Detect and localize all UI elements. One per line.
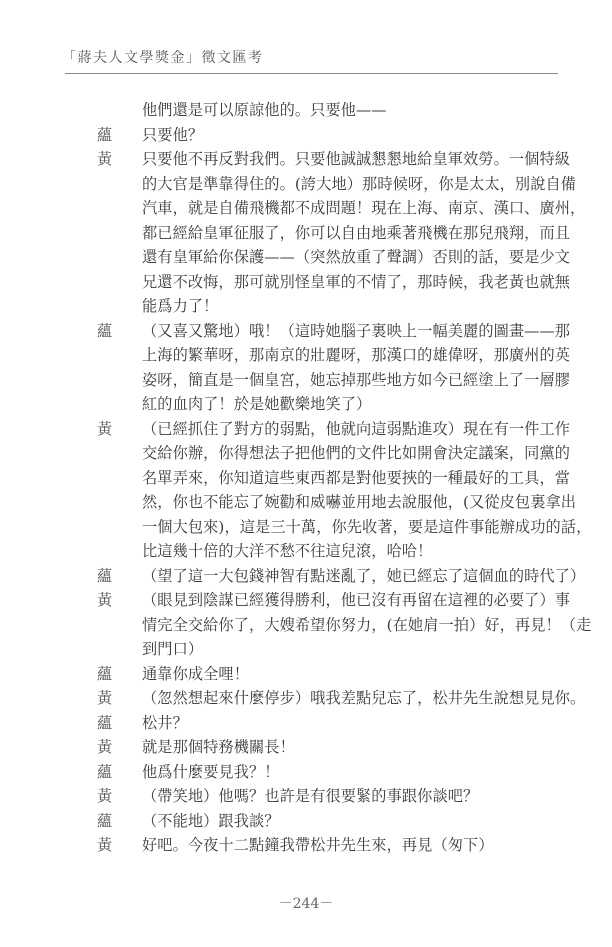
dialogue-line: 黃只要他不再反對我們。只要他誠誠懇懇地給皇軍效勞。一個特級 — [0, 147, 612, 172]
dialogue-text: 一個大包來)，這是三十萬，你先收著，要是這件事能辦成功的話， — [142, 515, 591, 540]
dialogue-continuation-line: 能爲力了！ — [0, 294, 612, 319]
dialogue-continuation-line: 汽車，就是自備飛機都不成問題！現在上海、南京、漢口、廣州， — [0, 196, 612, 221]
dialogue-text: 姿呀，簡直是一個皇宮，她忘掉那些地方如今已經塗上了一層膠 — [142, 368, 570, 393]
dialogue-continuation-line: 的大官是準靠得住的。(誇大地）那時候呀，你是太太，別說自備 — [0, 172, 612, 197]
speaker-name: 蘊 — [97, 662, 112, 687]
dialogue-text: 汽車，就是自備飛機都不成問題！現在上海、南京、漢口、廣州， — [142, 196, 585, 221]
dialogue-continuation-line: 兄還不改悔，那可就別怪皇軍的不情了，那時候，我老黃也就無 — [0, 270, 612, 295]
dialogue-continuation-line: 都已經給皇軍征服了，你可以自由地乘著飛機在那兒飛翔，而且 — [0, 221, 612, 246]
dialogue-text: （又喜又驚地）哦！（這時她腦子裏映上一幅美麗的圖畫——那 — [142, 319, 570, 344]
dialogue-text: 還有皇軍給你保護——（突然放重了聲調）否則的話，要是少文 — [142, 245, 570, 270]
speaker-name: 黃 — [97, 417, 112, 442]
dialogue-text: 上海的繁華呀，那南京的壯麗呀，那漢口的雄偉呀，那廣州的英 — [142, 343, 570, 368]
header-rule-divider — [65, 73, 558, 74]
dialogue-line: 蘊（望了這一大包錢神智有點迷亂了，她已經忘了這個血的時代了） — [0, 564, 612, 589]
dialogue-text: 都已經給皇軍征服了，你可以自由地乘著飛機在那兒飛翔，而且 — [142, 221, 570, 246]
dialogue-text: 他爲什麼要見我？！ — [142, 760, 280, 785]
running-head-title: 「蔣夫人文學獎金」徵文匯考 — [62, 47, 264, 67]
speaker-name: 蘊 — [97, 809, 112, 834]
dialogue-line: 黃（帶笑地）他嗎？也許是有很要緊的事跟你談吧？ — [0, 784, 612, 809]
dialogue-text: （忽然想起來什麼停步）哦我差點兒忘了，松井先生說想見見你。 — [142, 686, 585, 711]
dialogue-text: 情完全交給你了，大嫂希望你努力，(在她肩一拍）好，再見！（走 — [142, 613, 591, 638]
dialogue-text: 比這幾十倍的大洋不愁不往這兒滾，哈哈！ — [142, 539, 432, 564]
dialogue-continuation-line: 到門口） — [0, 637, 612, 662]
dialogue-line: 黃好吧。今夜十二點鐘我帶松井先生來，再見（匆下） — [0, 833, 612, 858]
dialogue-continuation-line: 一個大包來)，這是三十萬，你先收著，要是這件事能辦成功的話， — [0, 515, 612, 540]
speaker-name: 蘊 — [97, 564, 112, 589]
dialogue-text: 紅的血肉了！於是她歡樂地笑了） — [142, 392, 371, 417]
dialogue-continuation-line: 名單弄來，你知道這些東西都是對他要挾的一種最好的工具，當 — [0, 466, 612, 491]
dialogue-text: 好吧。今夜十二點鐘我帶松井先生來，再見（匆下） — [142, 833, 494, 858]
dialogue-line: 黃（眼見到陰謀已經獲得勝利，他已沒有再留在這裡的必要了）事 — [0, 588, 612, 613]
dialogue-text: 松井？ — [142, 711, 188, 736]
dialogue-text: 只要他不再反對我們。只要他誠誠懇懇地給皇軍效勞。一個特級 — [142, 147, 570, 172]
dialogue-text: 名單弄來，你知道這些東西都是對他要挾的一種最好的工具，當 — [142, 466, 570, 491]
dialogue-text: 然，你也不能忘了婉勸和威嚇並用地去說服他，(又從皮包裏拿出 — [142, 490, 576, 515]
dialogue-continuation-line: 然，你也不能忘了婉勸和威嚇並用地去說服他，(又從皮包裏拿出 — [0, 490, 612, 515]
dialogue-line: 蘊（又喜又驚地）哦！（這時她腦子裏映上一幅美麗的圖畫——那 — [0, 319, 612, 344]
dialogue-text: 兄還不改悔，那可就別怪皇軍的不情了，那時候，我老黃也就無 — [142, 270, 570, 295]
dialogue-line: 黃就是那個特務機關長！ — [0, 735, 612, 760]
dialogue-text: （已經抓住了對方的弱點，他就向這弱點進攻）現在有一件工作 — [142, 417, 570, 442]
speaker-name: 黃 — [97, 588, 112, 613]
speaker-name: 蘊 — [97, 711, 112, 736]
dialogue-line: 蘊松井？ — [0, 711, 612, 736]
speaker-name: 蘊 — [97, 319, 112, 344]
dialogue-text: 到門口） — [142, 637, 203, 662]
script-body: 他們還是可以原諒他的。只要他——蘊只要他？黃只要他不再反對我們。只要他誠誠懇懇地… — [0, 98, 612, 858]
dialogue-line: 蘊他爲什麼要見我？！ — [0, 760, 612, 785]
dialogue-text: （望了這一大包錢神智有點迷亂了，她已經忘了這個血的時代了） — [142, 564, 585, 589]
speaker-name: 黃 — [97, 833, 112, 858]
speaker-name: 黃 — [97, 147, 112, 172]
dialogue-continuation-line: 比這幾十倍的大洋不愁不往這兒滾，哈哈！ — [0, 539, 612, 564]
dialogue-text: 通靠你成全哩！ — [142, 662, 249, 687]
dialogue-continuation-line: 交給你辦，你得想法子把他們的文件比如開會決定議案，同黨的 — [0, 441, 612, 466]
dialogue-continuation-line: 上海的繁華呀，那南京的壯麗呀，那漢口的雄偉呀，那廣州的英 — [0, 343, 612, 368]
dialogue-text: 交給你辦，你得想法子把他們的文件比如開會決定議案，同黨的 — [142, 441, 570, 466]
speaker-name: 蘊 — [97, 123, 112, 148]
speaker-name: 黃 — [97, 784, 112, 809]
dialogue-continuation-line: 他們還是可以原諒他的。只要他—— — [0, 98, 612, 123]
dialogue-line: 黃（已經抓住了對方的弱點，他就向這弱點進攻）現在有一件工作 — [0, 417, 612, 442]
dialogue-text: （不能地）跟我談？ — [142, 809, 280, 834]
dialogue-text: 能爲力了！ — [142, 294, 218, 319]
dialogue-line: 蘊通靠你成全哩！ — [0, 662, 612, 687]
dialogue-line: 黃（忽然想起來什麼停步）哦我差點兒忘了，松井先生說想見見你。 — [0, 686, 612, 711]
dialogue-continuation-line: 情完全交給你了，大嫂希望你努力，(在她肩一拍）好，再見！（走 — [0, 613, 612, 638]
speaker-name: 黃 — [97, 686, 112, 711]
dialogue-text: 就是那個特務機關長！ — [142, 735, 295, 760]
dialogue-continuation-line: 紅的血肉了！於是她歡樂地笑了） — [0, 392, 612, 417]
speaker-name: 蘊 — [97, 760, 112, 785]
dialogue-line: 蘊只要他？ — [0, 123, 612, 148]
dialogue-text: （帶笑地）他嗎？也許是有很要緊的事跟你談吧？ — [142, 784, 478, 809]
page-number: －244－ — [0, 893, 612, 913]
speaker-name: 黃 — [97, 735, 112, 760]
dialogue-text: 的大官是準靠得住的。(誇大地）那時候呀，你是太太，別說自備 — [142, 172, 576, 197]
dialogue-text: 他們還是可以原諒他的。只要他—— — [142, 98, 387, 123]
dialogue-continuation-line: 姿呀，簡直是一個皇宮，她忘掉那些地方如今已經塗上了一層膠 — [0, 368, 612, 393]
dialogue-text: （眼見到陰謀已經獲得勝利，他已沒有再留在這裡的必要了）事 — [142, 588, 570, 613]
dialogue-continuation-line: 還有皇軍給你保護——（突然放重了聲調）否則的話，要是少文 — [0, 245, 612, 270]
dialogue-text: 只要他？ — [142, 123, 203, 148]
dialogue-line: 蘊（不能地）跟我談？ — [0, 809, 612, 834]
